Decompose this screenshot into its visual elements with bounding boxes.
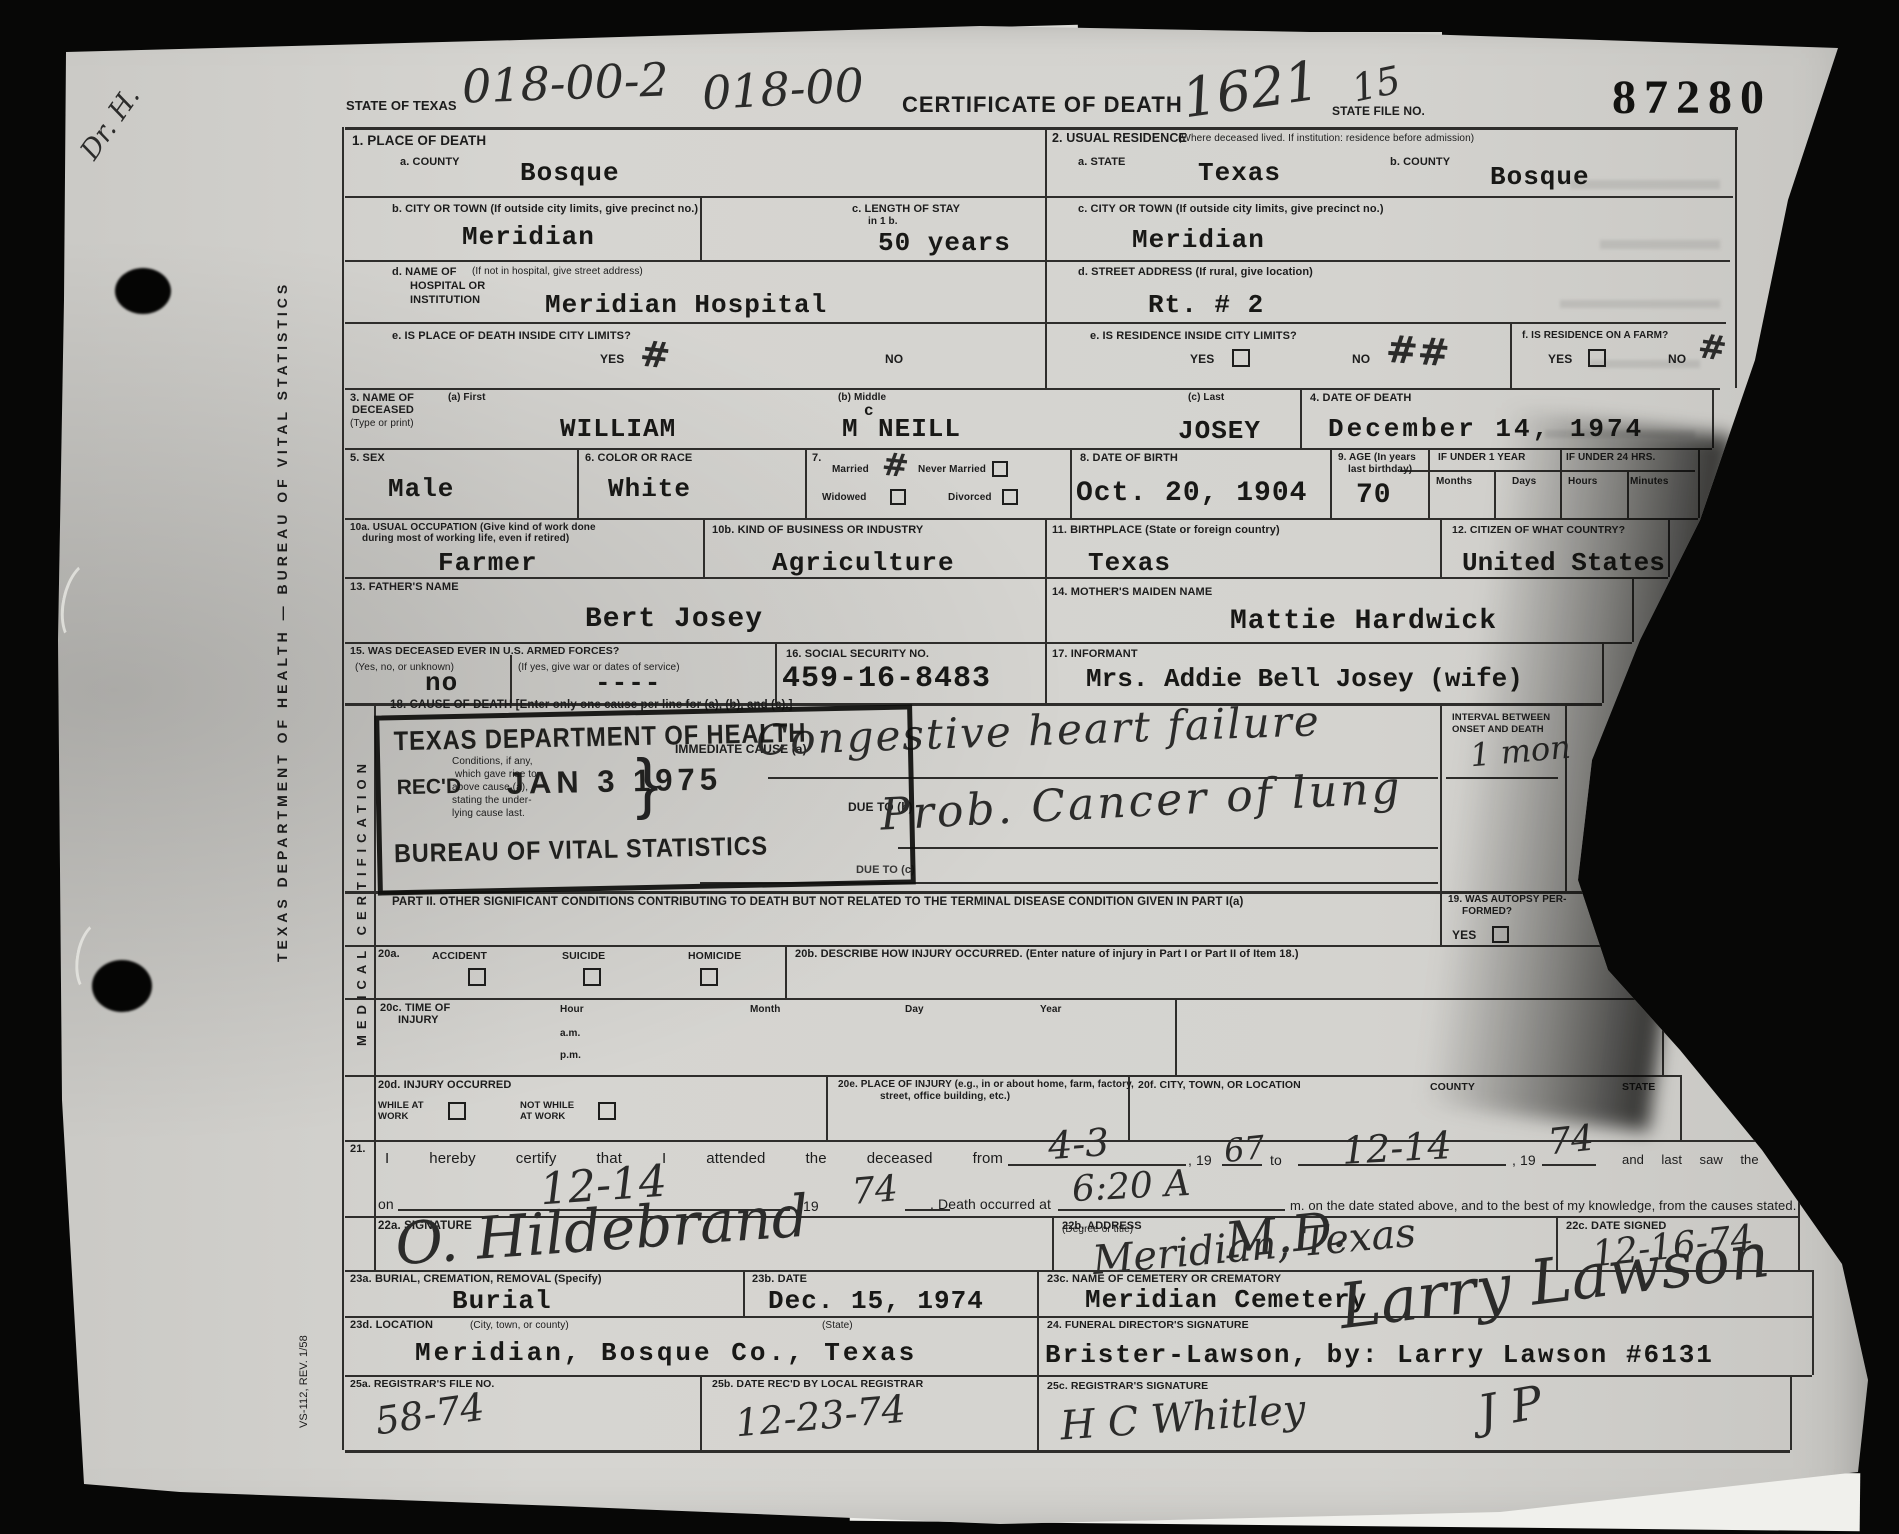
rule-vertical xyxy=(1045,642,1047,703)
s2-title: 2. USUAL RESIDENCE xyxy=(1052,131,1187,145)
s16-ssn-value: 459-16-8483 xyxy=(782,662,991,696)
rule-horizontal xyxy=(345,196,1733,198)
s20d-not-checkbox xyxy=(598,1102,616,1120)
s7-widowed-label: Widowed xyxy=(822,492,867,503)
s1d-label3: INSTITUTION xyxy=(410,294,480,306)
s23d-sub2: (State) xyxy=(822,1320,853,1331)
s20a-accident-label: ACCIDENT xyxy=(432,950,487,962)
s7-label: 7. xyxy=(812,452,821,464)
s3-middle-sup: c xyxy=(864,402,875,420)
stamp-line1: TEXAS DEPARTMENT OF HEALTH xyxy=(393,718,806,758)
s2a-label: a. STATE xyxy=(1078,156,1125,168)
s1c-length-value: 50 years xyxy=(878,228,1011,258)
s21-to-date-handwriting: 12-14 xyxy=(1341,1123,1453,1173)
s21-time-handwriting: 6:20 A xyxy=(1071,1163,1191,1210)
rule-vertical xyxy=(1662,998,1664,1075)
certificate-title: CERTIFICATE OF DEATH xyxy=(902,92,1183,118)
s20a-homicide-label: HOMICIDE xyxy=(688,950,741,962)
rule-vertical xyxy=(1510,322,1512,388)
s20c-am-label: a.m. xyxy=(560,1028,580,1039)
s8-label: 8. DATE OF BIRTH xyxy=(1080,452,1178,464)
s1e-label: e. IS PLACE OF DEATH INSIDE CITY LIMITS? xyxy=(392,330,631,342)
s10b-industry-value: Agriculture xyxy=(772,548,955,578)
s1c-label2: in 1 b. xyxy=(868,216,898,227)
s5-sex-value: Male xyxy=(388,474,454,504)
certificate-paper: TEXAS DEPARTMENT OF HEALTH — BUREAU OF V… xyxy=(0,0,1899,1534)
handwritten-code-1: 018-00-2 xyxy=(461,52,669,113)
part2-label: PART II. OTHER SIGNIFICANT CONDITIONS CO… xyxy=(392,896,1243,908)
s2e-no-label: NO xyxy=(1352,352,1370,366)
s15-value2: ---- xyxy=(595,668,661,698)
s25b-date-recd-handwriting: 12-23-74 xyxy=(733,1387,907,1446)
s19-no-checkmark: ✓ xyxy=(1624,892,1670,951)
s21-year1-handwriting: 67 xyxy=(1222,1128,1266,1170)
s21-year1-prefix: , 19 xyxy=(1188,1152,1212,1168)
rule-vertical xyxy=(700,196,702,260)
s23d-location-value: Meridian, Bosque Co., Texas xyxy=(415,1338,917,1368)
s21-line1a: I hereby certify that I attended the dec… xyxy=(385,1150,1003,1167)
s11-birthplace-value: Texas xyxy=(1088,548,1171,578)
s23d-label: 23d. LOCATION xyxy=(350,1319,433,1331)
s7-divorced-label: Divorced xyxy=(948,492,992,503)
vertical-form-number: VS-112, REV. 1/58 xyxy=(298,1335,310,1428)
margin-chalk-mark xyxy=(54,556,117,650)
s20a-label: 20a. xyxy=(378,948,400,960)
s3-first-value: WILLIAM xyxy=(560,414,676,444)
s20c-label1: 20c. TIME OF xyxy=(380,1002,450,1014)
s23c-cemetery-value: Meridian Cemetery xyxy=(1085,1285,1367,1315)
s20a-suicide-label: SUICIDE xyxy=(562,950,605,962)
s2e-label: e. IS RESIDENCE INSIDE CITY LIMITS? xyxy=(1090,330,1297,342)
s7-married-label: Married xyxy=(832,464,869,475)
rule-horizontal xyxy=(345,1450,1790,1453)
s10a-label2: during most of working life, even if ret… xyxy=(362,533,569,544)
s25c-registrar-signature-handwriting: H C Whitley xyxy=(1059,1386,1307,1449)
rule-vertical xyxy=(1045,577,1047,642)
s20d-not2: AT WORK xyxy=(520,1111,565,1122)
rule-horizontal xyxy=(1542,1164,1596,1166)
s3-middle-rest: NEILL xyxy=(878,414,961,444)
s14-label: 14. MOTHER'S MAIDEN NAME xyxy=(1052,586,1212,598)
s3-first-label: (a) First xyxy=(448,392,486,403)
rule-vertical xyxy=(1052,1216,1054,1270)
s2d-label: d. STREET ADDRESS (If rural, give locati… xyxy=(1078,266,1313,278)
rule-vertical xyxy=(1070,448,1072,518)
s10a-occupation-value: Farmer xyxy=(438,548,538,578)
handwritten-file-number: 1621 xyxy=(1178,49,1323,131)
s3-label1: 3. NAME OF xyxy=(350,392,414,404)
rule-vertical xyxy=(1735,127,1737,388)
rule-vertical xyxy=(1440,703,1442,891)
s3-last-label: (c) Last xyxy=(1188,392,1224,403)
stamp-date: JAN 3 1975 xyxy=(506,761,722,802)
handwritten-15: 15 xyxy=(1348,57,1404,110)
s1a-label: a. COUNTY xyxy=(400,156,460,168)
vertical-medical-certification: MEDICAL CERTIFICATION xyxy=(354,758,369,1046)
rule-vertical xyxy=(1798,1140,1800,1270)
rule-vertical xyxy=(1330,448,1332,518)
s20c-day-label: Day xyxy=(905,1004,924,1015)
s2e-no-mark: ## xyxy=(1385,326,1452,375)
s20f-label: 20f. CITY, TOWN, OR LOCATION xyxy=(1138,1079,1301,1091)
stamped-certificate-number: 87280 xyxy=(1612,70,1772,125)
s1d-paren: (If not in hospital, give street address… xyxy=(472,266,643,277)
s2b-county-value: Bosque xyxy=(1490,162,1590,192)
s20d-label: 20d. INJURY OCCURRED xyxy=(378,1079,511,1091)
stamp-line3: BUREAU OF VITAL STATISTICS xyxy=(394,830,769,869)
rule-vertical xyxy=(1790,1375,1792,1450)
received-stamp: TEXAS DEPARTMENT OF HEALTH REC'D JAN 3 1… xyxy=(374,704,916,895)
rule-vertical xyxy=(1428,448,1430,518)
rule-vertical xyxy=(1300,388,1302,448)
state-file-no-label: STATE FILE NO. xyxy=(1332,104,1425,118)
s13-father-value: Bert Josey xyxy=(585,604,763,635)
s9-label1: 9. AGE (In years xyxy=(1338,452,1416,463)
s20c-month-label: Month xyxy=(750,1004,781,1015)
s20c-year-label: Year xyxy=(1040,1004,1062,1015)
rule-vertical xyxy=(1812,1270,1814,1375)
s2f-no-label: NO xyxy=(1668,352,1686,366)
s23a-label: 23a. BURIAL, CREMATION, REMOVAL (Specify… xyxy=(350,1273,602,1285)
s24-funeral-director-value: Brister-Lawson, by: Larry Lawson #6131 xyxy=(1045,1340,1714,1370)
s1e-no-label: NO xyxy=(885,352,903,366)
s20c-label2: INJURY xyxy=(398,1014,439,1026)
ghost-text-smudge xyxy=(1570,180,1720,189)
s3-middle-m: M xyxy=(842,414,859,444)
s2d-address-value: Rt. # 2 xyxy=(1148,290,1264,320)
s21-label: 21. xyxy=(350,1143,366,1155)
s20d-while-checkbox xyxy=(448,1102,466,1120)
s2f-yes-label: YES xyxy=(1548,352,1572,366)
s20c-hour-label: Hour xyxy=(560,1004,584,1015)
rule-vertical xyxy=(1700,891,1702,998)
s2e-yes-label: YES xyxy=(1190,352,1214,366)
s3-middle-label: (b) Middle xyxy=(838,392,886,403)
rule-vertical xyxy=(703,518,705,577)
s14-mother-value: Mattie Hardwick xyxy=(1230,606,1497,637)
s20b-label: 20b. DESCRIBE HOW INJURY OCCURRED. (Ente… xyxy=(795,948,1299,960)
rule-vertical xyxy=(577,448,579,518)
s7-never-married-label: Never Married xyxy=(918,464,986,475)
s18-cause-b-handwriting: Prob. Cancer of lung xyxy=(879,762,1404,840)
s16-label: 16. SOCIAL SECURITY NO. xyxy=(786,648,929,660)
rule-horizontal xyxy=(898,847,1438,849)
rule-vertical xyxy=(775,642,777,703)
s23d-sub1: (City, town, or county) xyxy=(470,1320,569,1331)
s1d-hospital-value: Meridian Hospital xyxy=(545,290,827,320)
handwritten-dr-note: Dr. H. xyxy=(75,81,147,165)
s2f-yes-checkbox xyxy=(1588,349,1606,367)
s2c-city-value: Meridian xyxy=(1132,225,1265,255)
rule-vertical xyxy=(743,1270,745,1316)
s2f-no-mark: # xyxy=(1695,326,1729,370)
s1e-yes-mark: # xyxy=(638,333,672,378)
s2e-yes-checkbox xyxy=(1232,349,1250,367)
s23b-date-value: Dec. 15, 1974 xyxy=(768,1286,984,1316)
s21-on-label: on xyxy=(378,1196,394,1212)
s1b-city-value: Meridian xyxy=(462,222,595,252)
s10b-label: 10b. KIND OF BUSINESS OR INDUSTRY xyxy=(712,524,923,536)
rule-vertical xyxy=(805,448,807,518)
s21-year2-handwriting: 74 xyxy=(1546,1118,1596,1164)
s10a-label1: 10a. USUAL OCCUPATION (Give kind of work… xyxy=(350,522,596,533)
s21-year3-handwriting: 74 xyxy=(850,1168,899,1213)
s24-label: 24. FUNERAL DIRECTOR'S SIGNATURE xyxy=(1047,1319,1249,1331)
rule-vertical xyxy=(826,1075,828,1140)
s15-label: 15. WAS DECEASED EVER IN U.S. ARMED FORC… xyxy=(350,645,619,657)
s13-label: 13. FATHER'S NAME xyxy=(350,581,459,593)
ghost-text-smudge xyxy=(1560,300,1720,308)
s6-race-value: White xyxy=(608,474,691,504)
s11-label: 11. BIRTHPLACE (State or foreign country… xyxy=(1052,524,1280,536)
rule-horizontal xyxy=(345,1316,1814,1318)
s1a-county-value: Bosque xyxy=(520,158,620,188)
rule-horizontal xyxy=(345,127,1738,130)
s17-informant-value: Mrs. Addie Bell Josey (wife) xyxy=(1086,664,1523,694)
s7-divorced-checkbox xyxy=(1002,489,1018,505)
hole-punch xyxy=(115,268,171,314)
s20e-label2: street, office building, etc.) xyxy=(880,1091,1010,1102)
s23a-burial-value: Burial xyxy=(452,1286,552,1316)
s3-label3: (Type or print) xyxy=(350,418,414,429)
s2a-state-value: Texas xyxy=(1198,158,1281,188)
s20c-pm-label: p.m. xyxy=(560,1050,581,1061)
s7-never-married-checkbox xyxy=(992,461,1008,477)
s1c-label: c. LENGTH OF STAY xyxy=(852,203,960,215)
s21-from-date-handwriting: 4-3 xyxy=(1047,1120,1111,1168)
rule-horizontal xyxy=(345,322,1726,324)
rule-vertical xyxy=(1045,518,1047,577)
s20d-while1: WHILE AT xyxy=(378,1100,424,1111)
rule-horizontal xyxy=(345,260,1730,262)
s3-last-value: JOSEY xyxy=(1178,416,1261,446)
s17-label: 17. INFORMANT xyxy=(1052,648,1138,660)
rule-vertical xyxy=(1440,518,1442,577)
s20d-while2: WORK xyxy=(378,1111,408,1122)
s21-to-label: to xyxy=(1270,1152,1282,1168)
s20a-accident-checkbox xyxy=(468,968,486,986)
rule-vertical xyxy=(700,1375,702,1450)
vertical-department-text: TEXAS DEPARTMENT OF HEALTH — BUREAU OF V… xyxy=(274,281,290,962)
s9-age-value: 70 xyxy=(1356,480,1392,511)
s19-no-label: NO xyxy=(1600,928,1618,942)
rule-vertical xyxy=(785,945,787,998)
s3-label2: DECEASED xyxy=(352,404,414,416)
s1b-label: b. CITY OR TOWN (If outside city limits,… xyxy=(392,203,698,215)
s1d-label2: HOSPITAL OR xyxy=(410,280,485,292)
s1e-yes-label: YES xyxy=(600,352,624,366)
s20a-homicide-checkbox xyxy=(700,968,718,986)
rule-horizontal xyxy=(345,388,1720,390)
rule-vertical xyxy=(342,127,344,1450)
rule-vertical xyxy=(1037,1270,1039,1316)
rule-horizontal xyxy=(345,642,1632,644)
state-of-texas-label: STATE OF TEXAS xyxy=(346,98,457,113)
s1-title: 1. PLACE OF DEATH xyxy=(352,133,486,148)
s22a-signature-handwriting: O. Hildebrand xyxy=(393,1182,811,1279)
rule-vertical xyxy=(1680,1075,1682,1140)
rule-vertical xyxy=(510,655,512,703)
s7-widowed-checkbox xyxy=(890,489,906,505)
s21-m-label: m. on the date stated above, and to the … xyxy=(1290,1198,1796,1213)
rule-vertical xyxy=(1045,127,1047,388)
s2f-label: f. IS RESIDENCE ON A FARM? xyxy=(1522,330,1668,341)
s22b-label: 22b. ADDRESS xyxy=(1062,1220,1142,1232)
s20e-label1: 20e. PLACE OF INJURY (e.g., in or about … xyxy=(838,1079,1134,1090)
rule-vertical xyxy=(1175,998,1177,1075)
s6-label: 6. COLOR OR RACE xyxy=(585,452,692,464)
ghost-text-smudge xyxy=(1600,240,1720,249)
s1d-label: d. NAME OF xyxy=(392,266,457,278)
s20d-not1: NOT WHILE xyxy=(520,1100,574,1111)
s2c-label: c. CITY OR TOWN (If outside city limits,… xyxy=(1078,203,1384,215)
rule-horizontal xyxy=(345,1375,1812,1377)
s9-label2: last birthday) xyxy=(1348,464,1412,475)
s2b-label: b. COUNTY xyxy=(1390,156,1450,168)
s25a-file-no-handwriting: 58-74 xyxy=(372,1385,487,1444)
s20a-suicide-checkbox xyxy=(583,968,601,986)
s25c-registrar-initials-handwriting: J P xyxy=(1474,1375,1546,1439)
s19-no-checkbox xyxy=(1636,926,1653,943)
s23b-label: 23b. DATE xyxy=(752,1273,807,1285)
rule-vertical xyxy=(1037,1316,1039,1375)
stamp-recd: REC'D xyxy=(396,775,461,800)
s8-date-of-birth-value: Oct. 20, 1904 xyxy=(1076,478,1307,509)
s15-value1: no xyxy=(425,668,458,698)
handwritten-code-2: 018-00 xyxy=(701,58,865,120)
rule-vertical xyxy=(1037,1375,1039,1450)
s5-label: 5. SEX xyxy=(350,452,385,464)
s9-months-label: Months xyxy=(1436,476,1472,487)
s25c-label: 25c. REGISTRAR'S SIGNATURE xyxy=(1047,1380,1208,1392)
s21-year2-prefix: , 19 xyxy=(1512,1152,1536,1168)
s21-death-occurred-label: . Death occurred at xyxy=(930,1196,1051,1212)
s7-married-mark: # xyxy=(880,445,911,486)
s21-line1b: and last saw the deceased alive xyxy=(1622,1152,1878,1167)
s2-title-paren: (Where deceased lived. If institution: r… xyxy=(1178,133,1474,144)
s4-label: 4. DATE OF DEATH xyxy=(1310,392,1411,404)
